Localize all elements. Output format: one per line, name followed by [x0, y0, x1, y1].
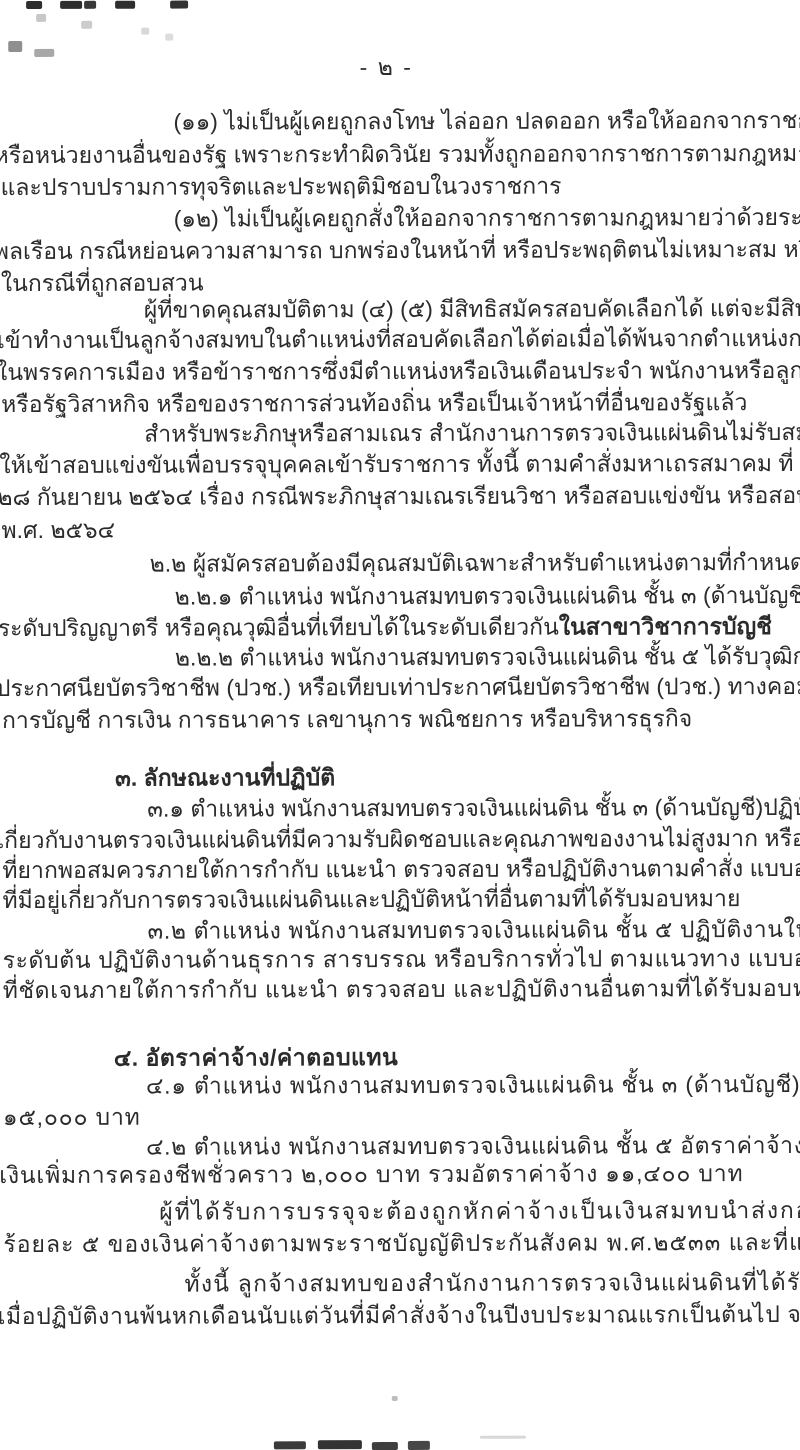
scan-artifact	[408, 1441, 430, 1450]
text-segment: ผู้ที่ได้รับการบรรจุจะต้องถูกหักค่าจ้างเ…	[159, 1196, 800, 1224]
scan-artifact	[60, 1, 82, 9]
text-line: ๒.๒.๒ ตำแหน่ง พนักงานสมทบตรวจเงินแผ่นดิน…	[175, 641, 800, 673]
scan-artifact	[115, 1, 135, 9]
document-body: (๑๑) ไม่เป็นผู้เคยถูกลงโทษ ไล่ออก ปลดออก…	[0, 0, 800, 1450]
text-line: ที่ชัดเจนภายใต้การกำกับ แนะนำ ตรวจสอบ แล…	[3, 973, 800, 1005]
text-segment: ๒.๒.๒ ตำแหน่ง พนักงานสมทบตรวจเงินแผ่นดิน…	[175, 643, 800, 671]
text-segment: พ.ศ. ๒๕๖๔	[1, 517, 115, 543]
document-page: - ๒ - (๑๑) ไม่เป็นผู้เคยถูกลงโทษ ไล่ออก …	[0, 0, 800, 1450]
text-segment: เงินเพิ่มการครองชีพชั่วคราว ๒,๐๐๐ บาท รว…	[0, 1160, 743, 1188]
text-segment: เข้าทำงานเป็นลูกจ้างสมทบในตำแหน่งที่สอบค…	[0, 324, 800, 353]
text-line: ๑๕,๐๐๐ บาท	[3, 1102, 141, 1132]
text-line: และปราบปรามการทุจริตและประพฤติมิชอบในวงร…	[1, 171, 562, 202]
text-line: ๔.๑ ตำแหน่ง พนักงานสมทบตรวจเงินแผ่นดิน ช…	[146, 1068, 800, 1100]
text-segment: ๓.๑ ตำแหน่ง พนักงานสมทบตรวจเงินแผ่นดิน ช…	[147, 794, 800, 822]
text-segment: ที่ยากพอสมควรภายใต้การกำกับ แนะนำ ตรวจสอ…	[2, 854, 800, 883]
text-segment: ระดับต้น ปฏิบัติงานด้านธุรการ สารบรรณ หร…	[3, 944, 800, 973]
text-segment: สำหรับพระภิกษุหรือสามเณร สำนักงานการตรวจ…	[144, 418, 800, 446]
scan-artifact	[392, 1396, 398, 1401]
text-line: เกี่ยวกับงานตรวจเงินแผ่นดินที่มีความรับผ…	[0, 822, 800, 855]
scan-artifact	[165, 34, 173, 41]
scan-artifact	[34, 49, 54, 57]
text-line: ๒๘ กันยายน ๒๕๖๔ เรื่อง กรณีพระภิกษุสามเณ…	[0, 479, 800, 512]
text-segment: ๓.๒ ตำแหน่ง พนักงานสมทบตรวจเงินแผ่นดิน ช…	[148, 915, 800, 943]
text-segment-bold: ๔. อัตราค่าจ้าง/ค่าตอบแทน	[114, 1044, 398, 1071]
scan-artifact	[36, 14, 46, 22]
text-line: ที่มีอยู่เกี่ยวกับการตรวจเงินแผ่นดินและป…	[2, 883, 740, 915]
scan-artifact	[274, 1441, 306, 1449]
text-segment: ผู้ที่ขาดคุณสมบัติตาม (๔) (๕) มีสิทธิสมั…	[144, 295, 800, 323]
text-line: ทั้งนี้ ลูกจ้างสมทบของสำนักงานการตรวจเงิ…	[184, 1266, 800, 1298]
text-line: ผู้ที่ขาดคุณสมบัติตาม (๔) (๕) มีสิทธิสมั…	[144, 293, 800, 325]
text-segment: หรือรัฐวิสาหกิจ หรือของราชการส่วนท้องถิ่…	[1, 389, 747, 417]
scan-artifact	[372, 1442, 398, 1450]
scan-artifact	[141, 28, 149, 35]
text-line: ๒.๒.๑ ตำแหน่ง พนักงานสมทบตรวจเงินแผ่นดิน…	[175, 579, 800, 611]
text-line: ๓.๒ ตำแหน่ง พนักงานสมทบตรวจเงินแผ่นดิน ช…	[147, 913, 800, 945]
text-line: ร้อยละ ๕ ของเงินค่าจ้างตามพระราชบัญญัติป…	[3, 1227, 800, 1259]
text-segment: ในพรรคการเมือง หรือข้าราชการซึ่งมีตำแหน่…	[0, 356, 800, 385]
text-line: ระดับต้น ปฏิบัติงานด้านธุรการ สารบรรณ หร…	[3, 942, 800, 975]
text-segment: และปราบปรามการทุจริตและประพฤติมิชอบในวงร…	[1, 173, 562, 200]
text-segment: ๔.๒ ตำแหน่ง พนักงานสมทบตรวจเงินแผ่นดิน ช…	[146, 1131, 800, 1159]
text-segment: ๔.๑ ตำแหน่ง พนักงานสมทบตรวจเงินแผ่นดิน ช…	[146, 1070, 800, 1098]
text-line: สำหรับพระภิกษุหรือสามเณร สำนักงานการตรวจ…	[144, 416, 800, 448]
text-segment: พลเรือน กรณีหย่อนความสามารถ บกพร่องในหน้…	[0, 235, 800, 264]
scan-artifact	[170, 1, 188, 9]
scan-artifact	[318, 1440, 362, 1449]
text-segment: ๑๕,๐๐๐ บาท	[3, 1104, 141, 1130]
text-line: เงินเพิ่มการครองชีพชั่วคราว ๒,๐๐๐ บาท รว…	[0, 1158, 743, 1190]
text-segment: ให้เข้าสอบแข่งขันเพื่อบรรจุบุคคลเข้ารับร…	[0, 449, 800, 478]
text-line: ในกรณีที่ถูกสอบสวน	[1, 268, 204, 299]
text-segment: ที่ชัดเจนภายใต้การกำกับ แนะนำ ตรวจสอบ แล…	[3, 975, 800, 1003]
text-line: ๔. อัตราค่าจ้าง/ค่าตอบแทน	[114, 1042, 398, 1073]
scan-artifact	[480, 1436, 526, 1439]
text-segment: การบัญชี การเงิน การธนาคาร เลขานุการ พณิ…	[2, 705, 692, 733]
text-line: ในพรรคการเมือง หรือข้าราชการซึ่งมีตำแหน่…	[0, 354, 800, 387]
text-line: (๑๒) ไม่เป็นผู้เคยถูกสั่งให้ออกจากราชการ…	[174, 202, 800, 234]
scan-artifact	[26, 1, 42, 9]
scan-artifact	[84, 1, 96, 9]
text-segment: ในกรณีที่ถูกสอบสวน	[1, 270, 204, 297]
text-segment: หรือหน่วยงานอื่นของรัฐ เพราะกระทำผิดวินั…	[0, 139, 800, 168]
text-segment: (๑๑) ไม่เป็นผู้เคยถูกลงโทษ ไล่ออก ปลดออก…	[173, 107, 800, 135]
text-segment: ๒๘ กันยายน ๒๕๖๔ เรื่อง กรณีพระภิกษุสามเณ…	[0, 481, 800, 510]
text-line: ระดับปริญญาตรี หรือคุณวุฒิอื่นที่เทียบได…	[0, 611, 772, 643]
text-segment: ประกาศนียบัตรวิชาชีพ (ปวช.) หรือเทียบเท่…	[0, 672, 800, 701]
text-segment: ร้อยละ ๕ ของเงินค่าจ้างตามพระราชบัญญัติป…	[3, 1229, 800, 1257]
text-segment: ทั้งนี้ ลูกจ้างสมทบของสำนักงานการตรวจเงิ…	[184, 1268, 800, 1296]
text-line: ที่ยากพอสมควรภายใต้การกำกับ แนะนำ ตรวจสอ…	[2, 852, 800, 885]
text-line: ประกาศนียบัตรวิชาชีพ (ปวช.) หรือเทียบเท่…	[0, 670, 800, 703]
text-line: ผู้ที่ได้รับการบรรจุจะต้องถูกหักค่าจ้างเ…	[159, 1194, 800, 1226]
text-segment: ๒.๒.๑ ตำแหน่ง พนักงานสมทบตรวจเงินแผ่นดิน…	[175, 581, 800, 609]
text-line: ๔.๒ ตำแหน่ง พนักงานสมทบตรวจเงินแผ่นดิน ช…	[146, 1129, 800, 1161]
text-segment: ๒.๒ ผู้สมัครสอบต้องมีคุณสมบัติเฉพาะสำหรั…	[150, 548, 800, 576]
text-segment-bold: ๓. ลักษณะงานที่ปฏิบัติ	[115, 764, 335, 791]
text-line: ๓. ลักษณะงานที่ปฏิบัติ	[115, 762, 335, 793]
text-line: ๓.๑ ตำแหน่ง พนักงานสมทบตรวจเงินแผ่นดิน ช…	[147, 792, 800, 824]
text-line: เมื่อปฏิบัติงานพ้นหกเดือนนับแต่วันที่มีค…	[0, 1298, 800, 1331]
text-segment: (๑๒) ไม่เป็นผู้เคยถูกสั่งให้ออกจากราชการ…	[174, 204, 800, 232]
text-line: ให้เข้าสอบแข่งขันเพื่อบรรจุบุคคลเข้ารับร…	[0, 447, 800, 480]
text-line: หรือหน่วยงานอื่นของรัฐ เพราะกระทำผิดวินั…	[0, 137, 800, 170]
text-segment-bold: ในสาขาวิชาการบัญชี	[559, 613, 772, 640]
text-line: การบัญชี การเงิน การธนาคาร เลขานุการ พณิ…	[2, 703, 692, 735]
scan-artifact	[81, 21, 92, 29]
text-segment: เมื่อปฏิบัติงานพ้นหกเดือนนับแต่วันที่มีค…	[0, 1300, 800, 1329]
text-line: ๒.๒ ผู้สมัครสอบต้องมีคุณสมบัติเฉพาะสำหรั…	[150, 546, 800, 578]
text-line: พ.ศ. ๒๕๖๔	[1, 515, 115, 545]
text-line: หรือรัฐวิสาหกิจ หรือของราชการส่วนท้องถิ่…	[1, 387, 747, 419]
text-segment: เกี่ยวกับงานตรวจเงินแผ่นดินที่มีความรับผ…	[0, 824, 800, 853]
text-segment: ที่มีอยู่เกี่ยวกับการตรวจเงินแผ่นดินและป…	[2, 885, 740, 913]
text-segment: ระดับปริญญาตรี หรือคุณวุฒิอื่นที่เทียบได…	[0, 614, 559, 641]
text-line: เข้าทำงานเป็นลูกจ้างสมทบในตำแหน่งที่สอบค…	[0, 322, 800, 355]
scan-artifact	[8, 41, 22, 52]
text-line: (๑๑) ไม่เป็นผู้เคยถูกลงโทษ ไล่ออก ปลดออก…	[173, 105, 800, 137]
text-line: พลเรือน กรณีหย่อนความสามารถ บกพร่องในหน้…	[0, 233, 800, 266]
